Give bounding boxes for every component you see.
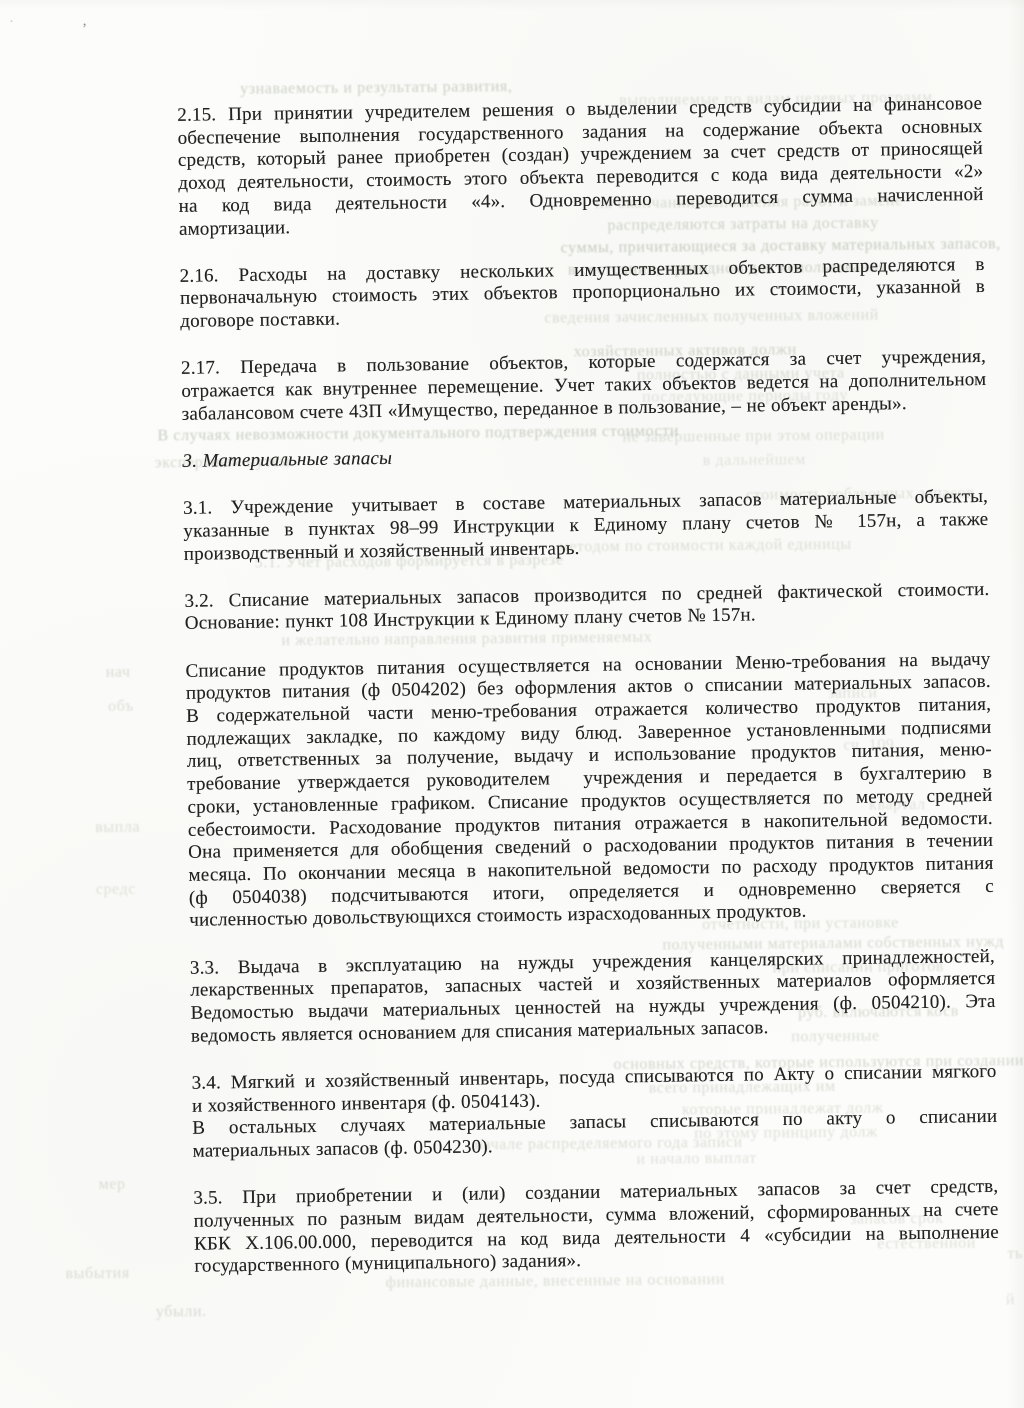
bleedthrough-text: выбытия (65, 1265, 129, 1284)
bleedthrough-text: нач (106, 664, 131, 682)
scan-top-shadow (0, 0, 1024, 10)
text-line: 3. Материальные запасы (182, 439, 987, 474)
scan-edge-shadow (1008, 0, 1024, 1408)
clause-3-4: 3.4. Мягкий и хозяйственный инвентарь, п… (191, 1061, 997, 1164)
bleedthrough-text: выпла (95, 819, 140, 837)
clause-2-16: 2.16. Расходы на доставку нескольких иму… (180, 254, 986, 334)
clause-2-15: 2.15. При принятии учредителем решения о… (177, 93, 984, 241)
scan-speck: ’ (82, 22, 87, 37)
food-writeoff-paragraph: Списание продуктов питания осуществляетс… (185, 649, 994, 933)
bleedthrough-text: объ (108, 698, 134, 716)
section-3-heading: 3. Материальные запасы (182, 439, 987, 474)
bleedthrough-text: средс (96, 881, 136, 899)
scan-speck: · (9, 15, 14, 30)
bleedthrough-text: узнаваемость и результаты развития, (240, 78, 512, 99)
clause-3-1: 3.1. Учреждение учитывает в составе мате… (183, 486, 989, 566)
clause-3-2: 3.2. Списание материальных запасов произ… (184, 579, 990, 636)
bleedthrough-text: убыли. (156, 1303, 207, 1321)
clause-3-3: 3.3. Выдача в эксплуатацию на нужды учре… (190, 945, 996, 1048)
bleedthrough-text: ть (1007, 1245, 1023, 1263)
bleedthrough-text: й (1006, 1291, 1015, 1309)
bleedthrough-text: мер (99, 1176, 126, 1194)
clause-2-17: 2.17. Передача в пользование объектов, к… (181, 346, 987, 426)
clause-3-5: 3.5. При приобретении и (или) создании м… (193, 1176, 999, 1279)
scanned-document-page: узнаваемость и результаты развития,выпол… (0, 0, 1024, 1408)
document-body: 2.15. При принятии учредителем решения о… (177, 93, 1000, 1303)
